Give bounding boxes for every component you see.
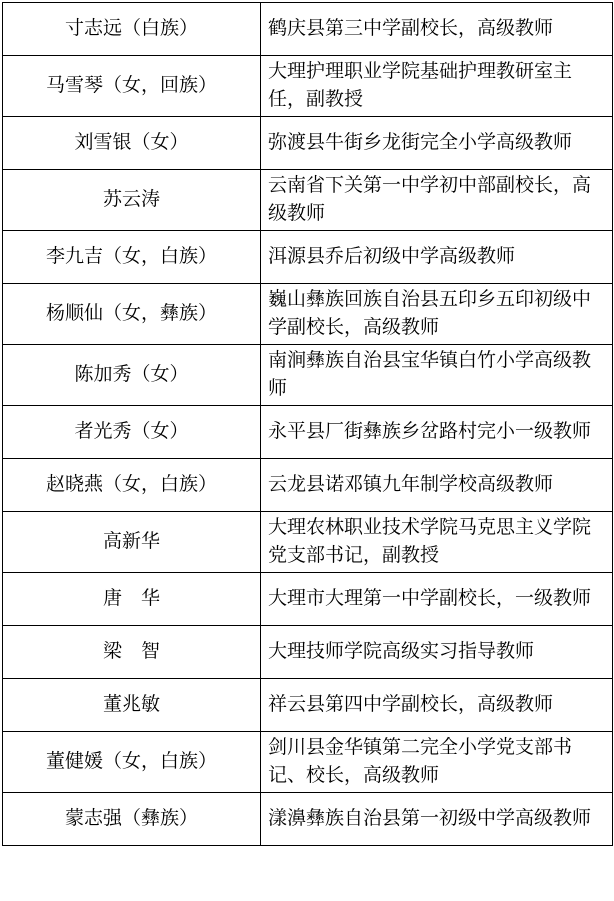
table-row: 蒙志强（彝族） 漾濞彝族自治县第一初级中学高级教师: [3, 793, 613, 846]
name-cell: 李九吉（女，白族）: [3, 231, 261, 284]
table-row: 梁 智 大理技师学院高级实习指导教师: [3, 626, 613, 679]
name-cell: 高新华: [3, 512, 261, 573]
table-row: 刘雪银（女） 弥渡县牛街乡龙街完全小学高级教师: [3, 117, 613, 170]
table-row: 董兆敏 祥云县第四中学副校长，高级教师: [3, 679, 613, 732]
document-page: 寸志远（白族） 鹤庆县第三中学副校长，高级教师 马雪琴（女，回族） 大理护理职业…: [0, 0, 614, 901]
table-row: 苏云涛 云南省下关第一中学初中部副校长，高级教师: [3, 170, 613, 231]
name-cell: 陈加秀（女）: [3, 345, 261, 406]
position-cell: 大理农林职业技术学院马克思主义学院党支部书记，副教授: [261, 512, 613, 573]
position-cell: 永平县厂街彝族乡岔路村完小一级教师: [261, 406, 613, 459]
position-cell: 漾濞彝族自治县第一初级中学高级教师: [261, 793, 613, 846]
table-row: 李九吉（女，白族） 洱源县乔后初级中学高级教师: [3, 231, 613, 284]
position-cell: 云龙县诺邓镇九年制学校高级教师: [261, 459, 613, 512]
name-cell: 董兆敏: [3, 679, 261, 732]
table-row: 陈加秀（女） 南涧彝族自治县宝华镇白竹小学高级教师: [3, 345, 613, 406]
position-cell: 大理技师学院高级实习指导教师: [261, 626, 613, 679]
position-cell: 鹤庆县第三中学副校长，高级教师: [261, 3, 613, 56]
name-cell: 梁 智: [3, 626, 261, 679]
table-row: 马雪琴（女，回族） 大理护理职业学院基础护理教研室主任，副教授: [3, 56, 613, 117]
table-row: 高新华 大理农林职业技术学院马克思主义学院党支部书记，副教授: [3, 512, 613, 573]
name-cell: 赵晓燕（女，白族）: [3, 459, 261, 512]
name-cell: 杨顺仙（女，彝族）: [3, 284, 261, 345]
name-cell: 寸志远（白族）: [3, 3, 261, 56]
position-cell: 巍山彝族回族自治县五印乡五印初级中学副校长，高级教师: [261, 284, 613, 345]
position-cell: 南涧彝族自治县宝华镇白竹小学高级教师: [261, 345, 613, 406]
name-cell: 唐 华: [3, 573, 261, 626]
position-cell: 云南省下关第一中学初中部副校长，高级教师: [261, 170, 613, 231]
honorees-table-body: 寸志远（白族） 鹤庆县第三中学副校长，高级教师 马雪琴（女，回族） 大理护理职业…: [3, 3, 613, 846]
name-cell: 苏云涛: [3, 170, 261, 231]
name-cell: 董健媛（女，白族）: [3, 732, 261, 793]
name-cell: 刘雪银（女）: [3, 117, 261, 170]
name-cell: 者光秀（女）: [3, 406, 261, 459]
table-row: 董健媛（女，白族） 剑川县金华镇第二完全小学党支部书记、校长，高级教师: [3, 732, 613, 793]
table-row: 唐 华 大理市大理第一中学副校长，一级教师: [3, 573, 613, 626]
position-cell: 弥渡县牛街乡龙街完全小学高级教师: [261, 117, 613, 170]
table-row: 寸志远（白族） 鹤庆县第三中学副校长，高级教师: [3, 3, 613, 56]
name-cell: 马雪琴（女，回族）: [3, 56, 261, 117]
position-cell: 大理市大理第一中学副校长，一级教师: [261, 573, 613, 626]
table-row: 者光秀（女） 永平县厂街彝族乡岔路村完小一级教师: [3, 406, 613, 459]
position-cell: 洱源县乔后初级中学高级教师: [261, 231, 613, 284]
honorees-table: 寸志远（白族） 鹤庆县第三中学副校长，高级教师 马雪琴（女，回族） 大理护理职业…: [2, 2, 613, 846]
position-cell: 大理护理职业学院基础护理教研室主任，副教授: [261, 56, 613, 117]
name-cell: 蒙志强（彝族）: [3, 793, 261, 846]
position-cell: 剑川县金华镇第二完全小学党支部书记、校长，高级教师: [261, 732, 613, 793]
position-cell: 祥云县第四中学副校长，高级教师: [261, 679, 613, 732]
table-row: 赵晓燕（女，白族） 云龙县诺邓镇九年制学校高级教师: [3, 459, 613, 512]
table-row: 杨顺仙（女，彝族） 巍山彝族回族自治县五印乡五印初级中学副校长，高级教师: [3, 284, 613, 345]
